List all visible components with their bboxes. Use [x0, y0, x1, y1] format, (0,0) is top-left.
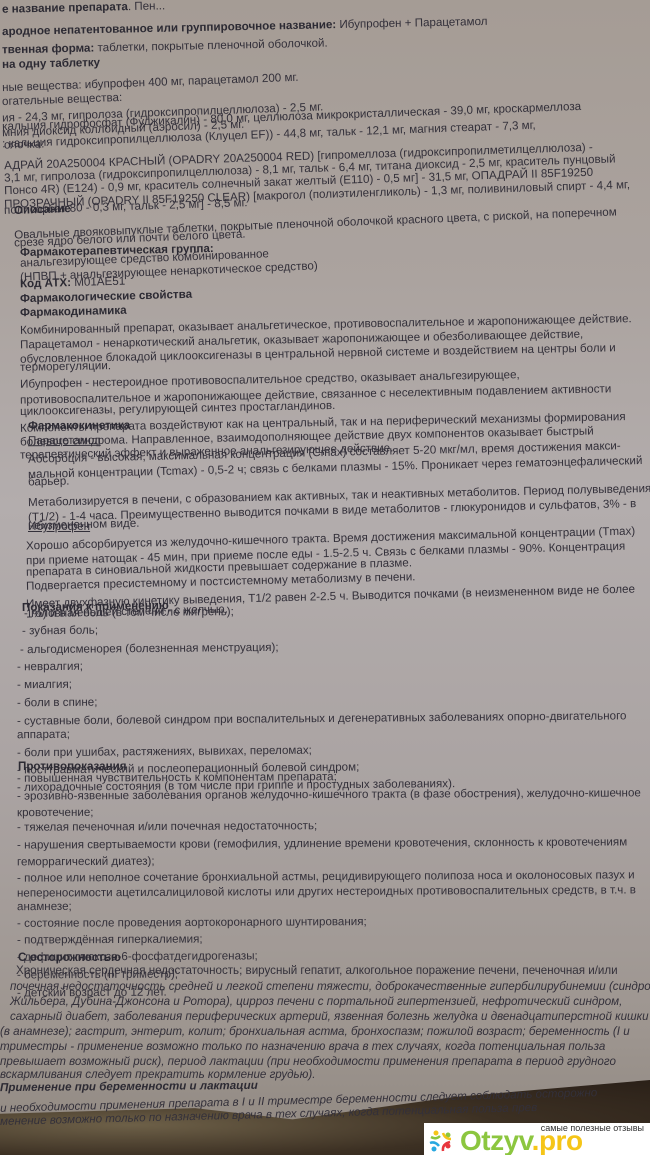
atc-code: Код АТХ: M01AE51	[20, 275, 126, 291]
leaflet-text: е название препарата. Пен...ародное непа…	[0, 0, 650, 1100]
indication-item: - боли в спине;	[17, 696, 98, 710]
composition-line: ные вещества: ибупрофен 400 мг, парацета…	[2, 71, 299, 95]
indication-item: - миалгия;	[17, 678, 72, 692]
contraindication-item: - эрозивно-язвенные заболевания органов …	[17, 786, 641, 802]
label: Код АТХ:	[20, 276, 71, 290]
value: M01AE51	[71, 275, 125, 289]
caution-line: Хроническая сердечная недостаточность; в…	[16, 964, 618, 977]
contraindication-item: анамнезе;	[17, 900, 72, 913]
subsection-ibuprofen: Ибупрофен	[28, 520, 90, 533]
contraindication-item: геморрагический диатез);	[17, 855, 155, 869]
contraindication-item: - нарушения свертываемости крови (гемофи…	[17, 835, 627, 851]
indication-item: - невралгия;	[17, 660, 83, 674]
pk-paracetamol-line: барьер.	[28, 475, 70, 489]
caution-line: почечная недостаточность средней и легко…	[10, 980, 650, 993]
contraindication-item: непереносимости ацетилсалициловой кислот…	[17, 883, 636, 899]
indication-item: аппарата;	[17, 728, 70, 742]
label: е название препарата	[2, 0, 128, 16]
section-title-description: Описание	[14, 202, 71, 217]
section-title-pharmacokinetics: Фармакокинетика	[28, 419, 130, 433]
caution-line: триместры - применение возможно только п…	[0, 1040, 605, 1053]
caution-line: сахарный диабет, заболевания периферичес…	[10, 1010, 649, 1023]
contraindication-item: кровотечение;	[17, 806, 94, 820]
value: таблетки, покрытые пленочной оболочкой.	[94, 37, 328, 55]
indication-item: - суставные боли, болевой синдром при во…	[17, 709, 627, 728]
composition-line: огательные вещества:	[2, 91, 123, 108]
header-line: на одну таблетку	[2, 56, 100, 71]
section-title-pharmacodynamics: Фармакодинамика	[20, 304, 127, 320]
header-line: е название препарата. Пен...	[2, 0, 165, 16]
value: Ибупрофен + Парацетамол	[336, 15, 488, 31]
brand-suffix: .pro	[532, 1125, 583, 1155]
pharmacodynamics-line: терморегуляции.	[20, 359, 111, 374]
contraindication-item: - полное или неполное сочетание бронхиал…	[17, 868, 635, 884]
section-title-pharm-props: Фармакологические свойства	[20, 288, 192, 306]
header-line: ародное непатентованное или группировочн…	[2, 15, 488, 38]
section-title-caution: С осторожностью	[18, 951, 121, 964]
label: на одну таблетку	[2, 56, 100, 71]
otzyv-watermark: самые полезные отзывы Otzyv.pro	[424, 1123, 650, 1155]
composition-line: олочка:	[4, 137, 45, 151]
caution-line: Жильбера, Дубина-Джонсона и Ротора), цир…	[10, 995, 622, 1008]
indication-item: - зубная боль;	[22, 624, 98, 638]
brand-main: Otzyv	[460, 1125, 532, 1155]
contraindication-item: - подтверждённая гиперкалиемия;	[17, 933, 203, 947]
contraindication-item: - тяжелая печеночная и/или почечная недо…	[17, 819, 317, 834]
watermark-brand: Otzyv.pro	[460, 1127, 583, 1155]
header-line: твенная форма: таблетки, покрытые пленоч…	[2, 37, 328, 57]
people-circle-logo-icon	[428, 1129, 454, 1153]
indication-item: - головная боль (в том числе мигрень);	[24, 605, 234, 620]
subsection-paracetamol: Парацетамол	[28, 434, 101, 448]
contraindication-item: - состояние после проведения аортокорона…	[17, 915, 367, 930]
caution-line: превышает возможный риск), период лактац…	[0, 1055, 616, 1068]
section-title-pregnancy: Применение при беременности и лактации	[0, 1079, 258, 1094]
label: твенная форма:	[2, 41, 95, 56]
label: ародное непатентованное или группировочн…	[2, 18, 336, 38]
contraindication-item: - повышенная чувствительность к компонен…	[17, 770, 337, 785]
value: . Пен...	[128, 0, 166, 13]
caution-line: (в анамнезе); гастрит, энтерит, колит; б…	[0, 1025, 630, 1038]
indication-item: - боли при ушибах, растяжениях, вывихах,…	[17, 744, 312, 760]
indication-item: - альгодисменорея (болезненная менструац…	[20, 641, 279, 656]
